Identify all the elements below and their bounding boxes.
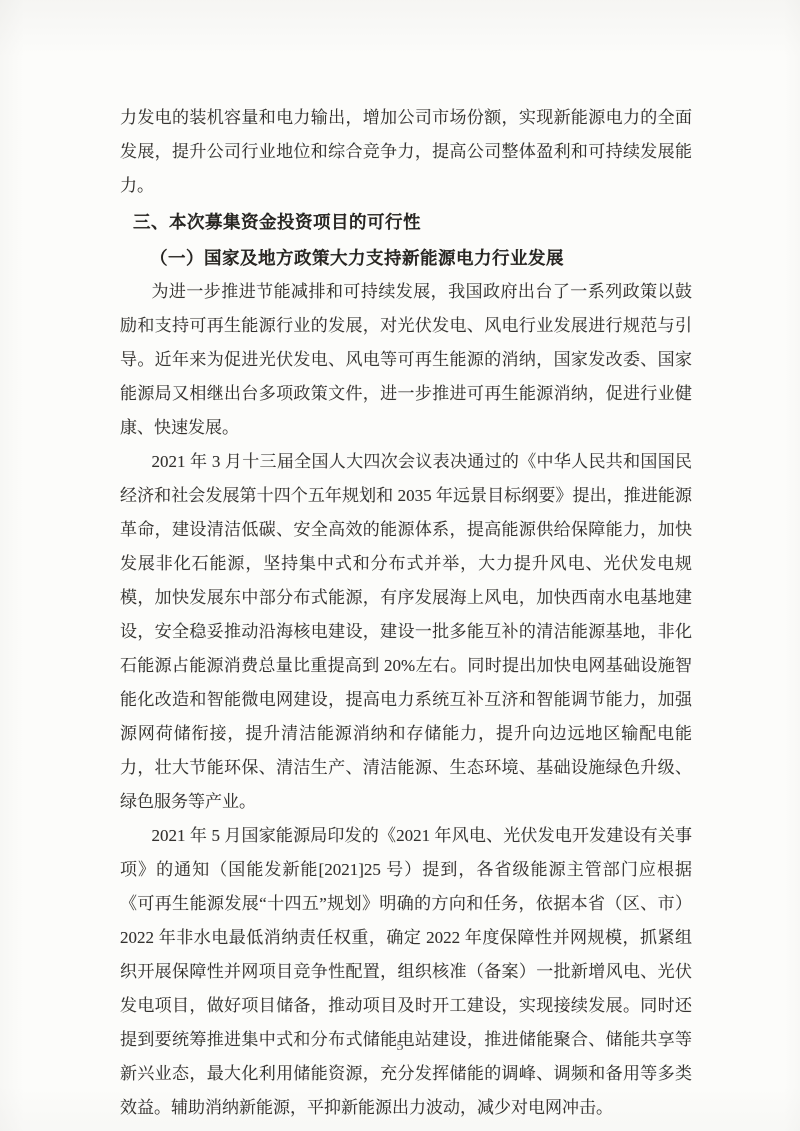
page-content: 力发电的装机容量和电力输出，增加公司市场份额，实现新能源电力的全面发展，提升公司…: [120, 101, 692, 1125]
page-number: 5: [0, 1037, 800, 1057]
body-paragraph-2: 2021 年 3 月十三届全国人大四次会议表决通过的《中华人民共和国国民经济和社…: [120, 445, 692, 819]
body-paragraph-3: 2021 年 5 月国家能源局印发的《2021 年风电、光伏发电开发建设有关事项…: [120, 819, 692, 1125]
continuation-paragraph: 力发电的装机容量和电力输出，增加公司市场份额，实现新能源电力的全面发展，提升公司…: [120, 101, 692, 203]
document-page: 力发电的装机容量和电力输出，增加公司市场份额，实现新能源电力的全面发展，提升公司…: [0, 0, 800, 1131]
subsection-heading: （一）国家及地方政策大力支持新能源电力行业发展: [120, 241, 692, 275]
body-paragraph-1: 为进一步推进节能减排和可持续发展，我国政府出台了一系列政策以鼓励和支持可再生能源…: [120, 275, 692, 445]
section-heading: 三、本次募集资金投资项目的可行性: [120, 205, 692, 239]
